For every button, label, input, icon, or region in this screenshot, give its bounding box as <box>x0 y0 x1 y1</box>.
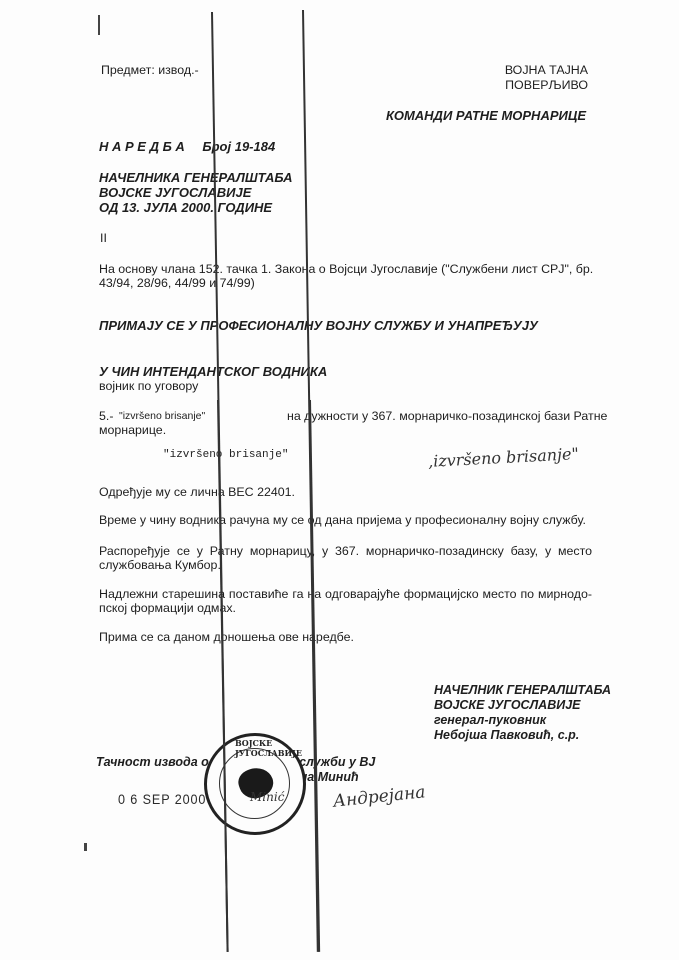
handwritten-redaction: ,izvršeno brisanje" <box>428 444 580 471</box>
issuer-line-1: НАЧЕЛНИКА ГЕНЕРАЛШТАБА <box>99 170 293 185</box>
handwritten-signature: Андрејана <box>332 782 426 812</box>
official-seal: ВОЈСКЕ ЈУГОСЛАВИЈЕ <box>204 733 306 835</box>
item-number: 5.- <box>99 409 113 423</box>
typed-redaction: "izvršeno brisanje" <box>163 449 288 461</box>
paragraph-effective: Прима се са даном доношења ове наредбе. <box>99 630 354 644</box>
addressee: КОМАНДИ РАТНЕ МОРНАРИЦЕ <box>386 108 586 123</box>
scan-line-right-double <box>309 400 320 952</box>
seal-text: ВОЈСКЕ ЈУГОСЛАВИЈЕ <box>235 738 303 758</box>
rank-subtitle: војник по уговору <box>99 379 198 393</box>
paragraph-assignment-line-1: Распоређује се у Ратну морнарицу, у 367.… <box>99 544 592 558</box>
issuer-line-2: ВОЈСКЕ ЈУГОСЛАВИЈЕ <box>99 185 251 200</box>
legal-basis-line-2: 43/94, 28/96, 44/99 и 74/99) <box>99 276 255 290</box>
order-date: ОД 13. ЈУЛА 2000. ГОДИНЕ <box>99 200 272 215</box>
rank-heading: У ЧИН ИНТЕНДАНТСКОГ ВОДНИКА <box>99 364 327 379</box>
classification-confidential: ПОВЕРЉИВО <box>505 78 588 92</box>
paragraph-ves: Одређује му се лична ВЕС 22401. <box>99 485 295 499</box>
order-title: Н А Р Е Д Б А Број 19-184 <box>99 139 275 154</box>
section-heading: ПРИМАЈУ СЕ У ПРОФЕСИОНАЛНУ ВОЈНУ СЛУЖБУ … <box>99 318 538 333</box>
item-duty-line-2: морнарице. <box>99 423 166 437</box>
order-title-word: Н А Р Е Д Б А <box>99 139 185 154</box>
date-stamp: 0 6 SEP 2000 <box>118 791 206 807</box>
signature-title-2: ВОЈСКЕ ЈУГОСЛАВИЈЕ <box>434 698 581 712</box>
paragraph-position-line-1: Надлежни старешина поставиће га на одгов… <box>99 587 592 601</box>
legal-basis-line-1: На основу члана 152. тачка 1. Закона о В… <box>99 262 593 276</box>
scan-mark-top <box>98 15 100 35</box>
paragraph-rank-time: Време у чину водника рачуна му се од дан… <box>99 513 586 527</box>
paragraph-position-line-2: пској формацији одмах. <box>99 601 236 615</box>
scan-mark-bottom <box>84 843 87 851</box>
scan-line-left-double <box>217 400 228 952</box>
signature-title-1: НАЧЕЛНИК ГЕНЕРАЛШТАБА <box>434 683 611 697</box>
subject-line: Предмет: извод.- <box>101 63 199 77</box>
signature-rank: генерал-пуковник <box>434 713 546 727</box>
signature-name: Небојша Павковић, с.р. <box>434 728 579 742</box>
paragraph-assignment-line-2: службовања Кумбор. <box>99 558 221 572</box>
classification-secret: ВОЈНА ТАЈНА <box>505 63 588 77</box>
section-number: II <box>100 231 107 245</box>
item-redacted-name: "izvršeno brisanje" <box>119 410 205 422</box>
item-duty-line-1: на дужности у 367. морнаричко-позадинско… <box>287 409 607 423</box>
seal-initials: Minić <box>250 790 284 804</box>
